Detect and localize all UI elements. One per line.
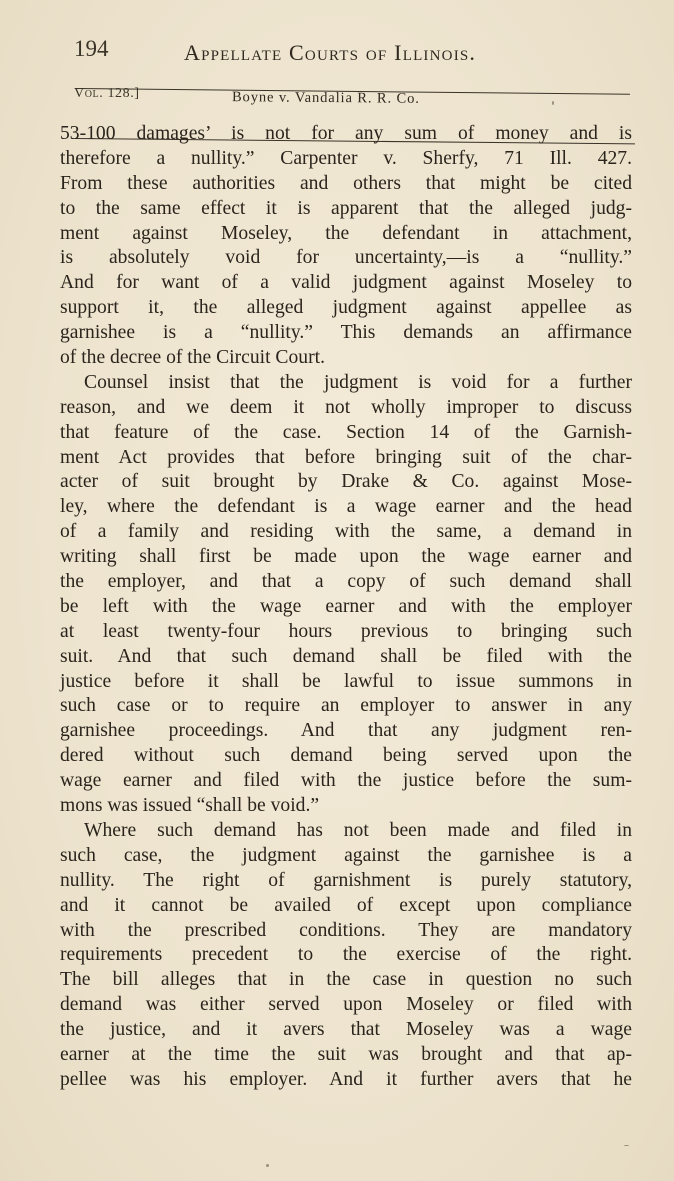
text-line: reason, and we deem it not wholly improp… <box>60 396 632 421</box>
text-line: of a family and residing with the same, … <box>60 520 632 545</box>
text-line: garnishee proceedings. And that any judg… <box>60 719 632 744</box>
text-line: mons was issued “shall be void.” <box>60 794 632 819</box>
case-name: Boyne v. Vandalia R. R. Co. <box>232 89 420 108</box>
text-line: ment Act provides that before bringing s… <box>60 446 632 471</box>
text-line: of the decree of the Circuit Court. <box>60 346 632 371</box>
text-line: nullity. The right of garnishment is pur… <box>60 869 632 894</box>
text-line: support it, the alleged judgment against… <box>60 296 632 321</box>
paper-speck <box>624 1145 629 1146</box>
text-line: pellee was his employer. And it further … <box>60 1068 632 1093</box>
text-line: suit. And that such demand shall be file… <box>60 645 632 670</box>
journal-title: Appellate Courts of Illinois. <box>184 40 476 66</box>
book-page: 194 Appellate Courts of Illinois. Vol. 1… <box>0 0 674 1181</box>
text-line: writing shall first be made upon the wag… <box>60 545 632 570</box>
text-line: such case, the judgment against the garn… <box>60 844 632 869</box>
text-line: and it cannot be availed of except upon … <box>60 894 632 919</box>
paragraph-1: 53-100 damages’ is not for any sum of mo… <box>60 122 632 371</box>
paper-speck <box>552 101 554 105</box>
text-line: From these authorities and others that m… <box>60 172 632 197</box>
text-line: And for want of a valid judgment against… <box>60 271 632 296</box>
paragraph-3: Where such demand has not been made and … <box>60 819 632 1093</box>
text-line: ment against Moseley, the defendant in a… <box>60 222 632 247</box>
text-line: that feature of the case. Section 14 of … <box>60 421 632 446</box>
text-line: The bill alleges that in the case in que… <box>60 968 632 993</box>
text-line: earner at the time the suit was brought … <box>60 1043 632 1068</box>
text-line: the justice, and it avers that Moseley w… <box>60 1018 632 1043</box>
text-line: such case or to require an employer to a… <box>60 694 632 719</box>
text-line: be left with the wage earner and with th… <box>60 595 632 620</box>
page-number: 194 <box>74 36 109 62</box>
text-line: garnishee is a “nullity.” This demands a… <box>60 321 632 346</box>
case-line: Vol. 128.] Boyne v. Vandalia R. R. Co. <box>74 84 634 114</box>
text-line: justice before it shall be lawful to iss… <box>60 670 632 695</box>
paper-speck <box>266 1164 269 1167</box>
text-line: acter of suit brought by Drake & Co. aga… <box>60 470 632 495</box>
text-line: 53-100 damages’ is not for any sum of mo… <box>60 122 632 147</box>
text-line: the employer, and that a copy of such de… <box>60 570 632 595</box>
paragraph-2: Counsel insist that the judgment is void… <box>60 371 632 819</box>
running-head: 194 Appellate Courts of Illinois. <box>74 30 554 70</box>
text-line: requirements precedent to the exercise o… <box>60 943 632 968</box>
text-line: dered without such demand being served u… <box>60 744 632 769</box>
text-line: wage earner and filed with the justice b… <box>60 769 632 794</box>
body-text: 53-100 damages’ is not for any sum of mo… <box>60 122 632 1093</box>
text-line: ley, where the defendant is a wage earne… <box>60 495 632 520</box>
text-line: Where such demand has not been made and … <box>60 819 632 844</box>
text-line: Counsel insist that the judgment is void… <box>60 371 632 396</box>
text-line: with the prescribed conditions. They are… <box>60 919 632 944</box>
text-line: therefore a nullity.” Carpenter v. Sherf… <box>60 147 632 172</box>
text-line: to the same effect it is apparent that t… <box>60 197 632 222</box>
text-line: is absolutely void for uncertainty,—is a… <box>60 246 632 271</box>
text-line: at least twenty-four hours previous to b… <box>60 620 632 645</box>
volume-label: Vol. 128.] <box>74 86 140 102</box>
text-line: demand was either served upon Moseley or… <box>60 993 632 1018</box>
